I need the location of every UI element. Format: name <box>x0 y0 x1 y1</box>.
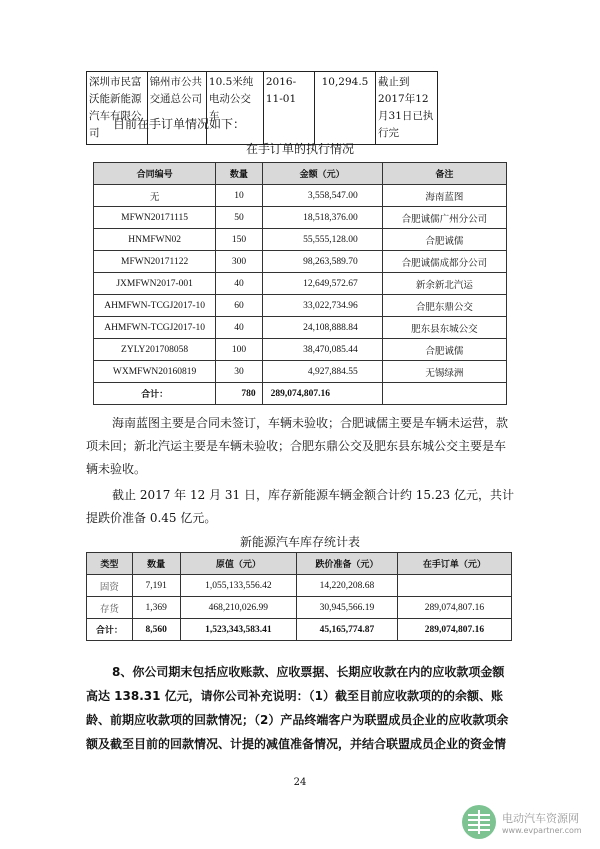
total-row: 合计： 780 289,074,807.16 <box>94 383 507 405</box>
quantity: 10 <box>216 185 262 207</box>
quantity: 50 <box>216 207 262 229</box>
date-cell: 2016-11-01 <box>263 72 314 145</box>
table-header-row: 类型 数量 原值（元） 跌价准备（元） 在手订单（元） <box>87 553 512 575</box>
table-row: AHMFWN-TCGJ2017-10 60 33,022,734.96 合肥东鼎… <box>94 295 507 317</box>
amount: 24,108,888.84 <box>262 317 382 339</box>
contract-no: AHMFWN-TCGJ2017-10 <box>94 317 216 339</box>
watermark-url: www.evpartner.com <box>502 826 582 835</box>
remark: 无锡绿洲 <box>382 361 506 383</box>
table-row: WXMFWN20160819 30 4,927,884.55 无锡绿洲 <box>94 361 507 383</box>
impairment: 14,220,208.68 <box>297 575 398 597</box>
quantity: 40 <box>216 273 262 295</box>
quantity: 300 <box>216 251 262 273</box>
remark: 合肥东鼎公交 <box>382 295 506 317</box>
amount: 12,649,572.67 <box>262 273 382 295</box>
col-header: 跌价准备（元） <box>297 553 398 575</box>
amount: 33,022,734.96 <box>262 295 382 317</box>
total-label: 合计： <box>87 619 133 641</box>
impairment: 30,945,566.19 <box>297 597 398 619</box>
col-header: 数量 <box>132 553 180 575</box>
original-value: 468,210,026.99 <box>180 597 296 619</box>
remark: 合肥诚儒 <box>382 229 506 251</box>
table-row: HNMFWN02 150 55,555,128.00 合肥诚儒 <box>94 229 507 251</box>
col-header: 在手订单（元） <box>397 553 511 575</box>
contract-no: 无 <box>94 185 216 207</box>
orders-on-hand <box>397 575 511 597</box>
total-row: 合计： 8,560 1,523,343,583.41 45,165,774.87… <box>87 619 512 641</box>
inventory-table: 类型 数量 原值（元） 跌价准备（元） 在手订单（元） 固资 7,191 1,0… <box>86 552 512 641</box>
col-header: 类型 <box>87 553 133 575</box>
status-cell: 截止到2017年12月31日已执行完 <box>376 72 438 145</box>
contract-no: JXMFWN2017-001 <box>94 273 216 295</box>
amount: 3,558,547.00 <box>262 185 382 207</box>
quantity: 40 <box>216 317 262 339</box>
type: 固资 <box>87 575 133 597</box>
amount: 38,470,085.44 <box>262 339 382 361</box>
orders-on-hand: 289,074,807.16 <box>397 597 511 619</box>
contract-no: MFWN20171122 <box>94 251 216 273</box>
quantity: 100 <box>216 339 262 361</box>
original-value: 1,055,133,556.42 <box>180 575 296 597</box>
contract-no: MFWN20171115 <box>94 207 216 229</box>
col-header: 合同编号 <box>94 163 216 185</box>
table-row: 固资 7,191 1,055,133,556.42 14,220,208.68 <box>87 575 512 597</box>
remark: 海南蓝图 <box>382 185 506 207</box>
orders-table-caption: 在手订单的执行情况 <box>0 140 600 157</box>
col-header: 备注 <box>382 163 506 185</box>
remark: 合肥诚儒 <box>382 339 506 361</box>
quantity: 30 <box>216 361 262 383</box>
paragraph-inventory: 截止 2017 年 12 月 31 日，库存新能源车辆金额合计约 15.23 亿… <box>86 484 516 530</box>
table-row: 存货 1,369 468,210,026.99 30,945,566.19 28… <box>87 597 512 619</box>
total-remark <box>382 383 506 405</box>
table-row: ZYLY201708058 100 38,470,085.44 合肥诚儒 <box>94 339 507 361</box>
paragraph-order-notes: 海南蓝图主要是合同未签订，车辆未验收；合肥诚儒主要是车辆未运营，款项未回；新北汽… <box>86 412 516 481</box>
remark: 肥东县东城公交 <box>382 317 506 339</box>
inventory-table-caption: 新能源汽车库存统计表 <box>0 533 600 550</box>
amount-cell: 10,294.5 <box>314 72 375 145</box>
total-amount: 289,074,807.16 <box>262 383 382 405</box>
table-row: AHMFWN-TCGJ2017-10 40 24,108,888.84 肥东县东… <box>94 317 507 339</box>
contract-no: HNMFWN02 <box>94 229 216 251</box>
quantity: 150 <box>216 229 262 251</box>
quantity: 7,191 <box>132 575 180 597</box>
remark: 合肥诚儒成都分公司 <box>382 251 506 273</box>
table-row: JXMFWN2017-001 40 12,649,572.67 新余新北汽运 <box>94 273 507 295</box>
total-quantity: 8,560 <box>132 619 180 641</box>
remark: 新余新北汽运 <box>382 273 506 295</box>
amount: 18,518,376.00 <box>262 207 382 229</box>
contract-no: AHMFWN-TCGJ2017-10 <box>94 295 216 317</box>
table-row: 无 10 3,558,547.00 海南蓝图 <box>94 185 507 207</box>
remark: 合肥诚儒广州分公司 <box>382 207 506 229</box>
total-original-value: 1,523,343,583.41 <box>180 619 296 641</box>
table-row: MFWN20171122 300 98,263,589.70 合肥诚儒成都分公司 <box>94 251 507 273</box>
contract-no: ZYLY201708058 <box>94 339 216 361</box>
orders-table: 合同编号 数量 金额（元） 备注 无 10 3,558,547.00 海南蓝图 … <box>93 162 507 405</box>
amount: 55,555,128.00 <box>262 229 382 251</box>
total-orders-on-hand: 289,074,807.16 <box>397 619 511 641</box>
quantity: 60 <box>216 295 262 317</box>
question-8-text: 8、你公司期末包括应收账款、应收票据、长期应收款在内的应收款项金额高达 138.… <box>86 660 514 756</box>
amount: 98,263,589.70 <box>262 251 382 273</box>
table-header-row: 合同编号 数量 金额（元） 备注 <box>94 163 507 185</box>
intro-text: 目前在手订单情况如下： <box>113 113 245 136</box>
total-impairment: 45,165,774.87 <box>297 619 398 641</box>
amount: 4,927,884.55 <box>262 361 382 383</box>
col-header: 金额（元） <box>262 163 382 185</box>
contract-no: WXMFWN20160819 <box>94 361 216 383</box>
col-header: 原值（元） <box>180 553 296 575</box>
total-quantity: 780 <box>216 383 262 405</box>
type: 存货 <box>87 597 133 619</box>
col-header: 数量 <box>216 163 262 185</box>
page-number: 24 <box>0 777 600 788</box>
watermark: 电动汽车资源网 www.evpartner.com <box>462 805 582 839</box>
total-label: 合计： <box>94 383 216 405</box>
evpartner-logo-icon <box>462 805 496 839</box>
quantity: 1,369 <box>132 597 180 619</box>
table-row: MFWN20171115 50 18,518,376.00 合肥诚儒广州分公司 <box>94 207 507 229</box>
watermark-name: 电动汽车资源网 <box>502 810 582 826</box>
